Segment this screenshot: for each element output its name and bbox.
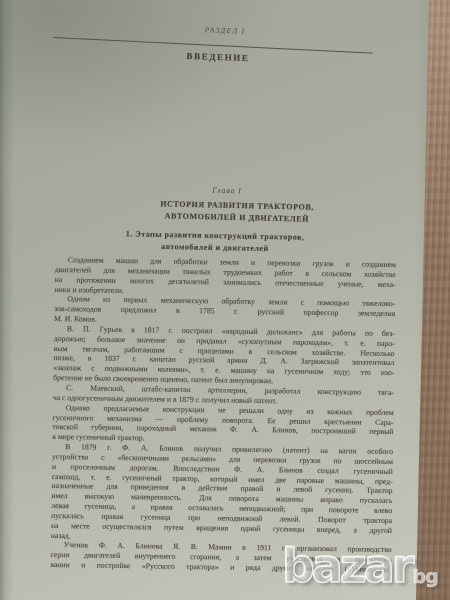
watermark-bazar-logo: bazarbg: [282, 543, 438, 589]
paragraph: Созданием машин для обработки земли и пе…: [54, 255, 396, 299]
body-text: Созданием машин для обработки земли и пе…: [50, 255, 396, 575]
book-photo: РАЗДЕЛ I ВВЕДЕНИЕ Глава I ИСТОРИЯ РАЗВИТ…: [0, 0, 450, 600]
watermark-suffix-text: bg: [412, 566, 437, 588]
paragraph: В. П. Гурьев в 1817 г. построил «народны…: [53, 324, 395, 388]
paragraph: В 1879 г. Ф. А. Блинов получил привилеги…: [51, 442, 393, 545]
paragraph: Однако предлагаемые конструкции не решал…: [52, 403, 394, 447]
watermark-main-text: bazar: [282, 539, 411, 593]
